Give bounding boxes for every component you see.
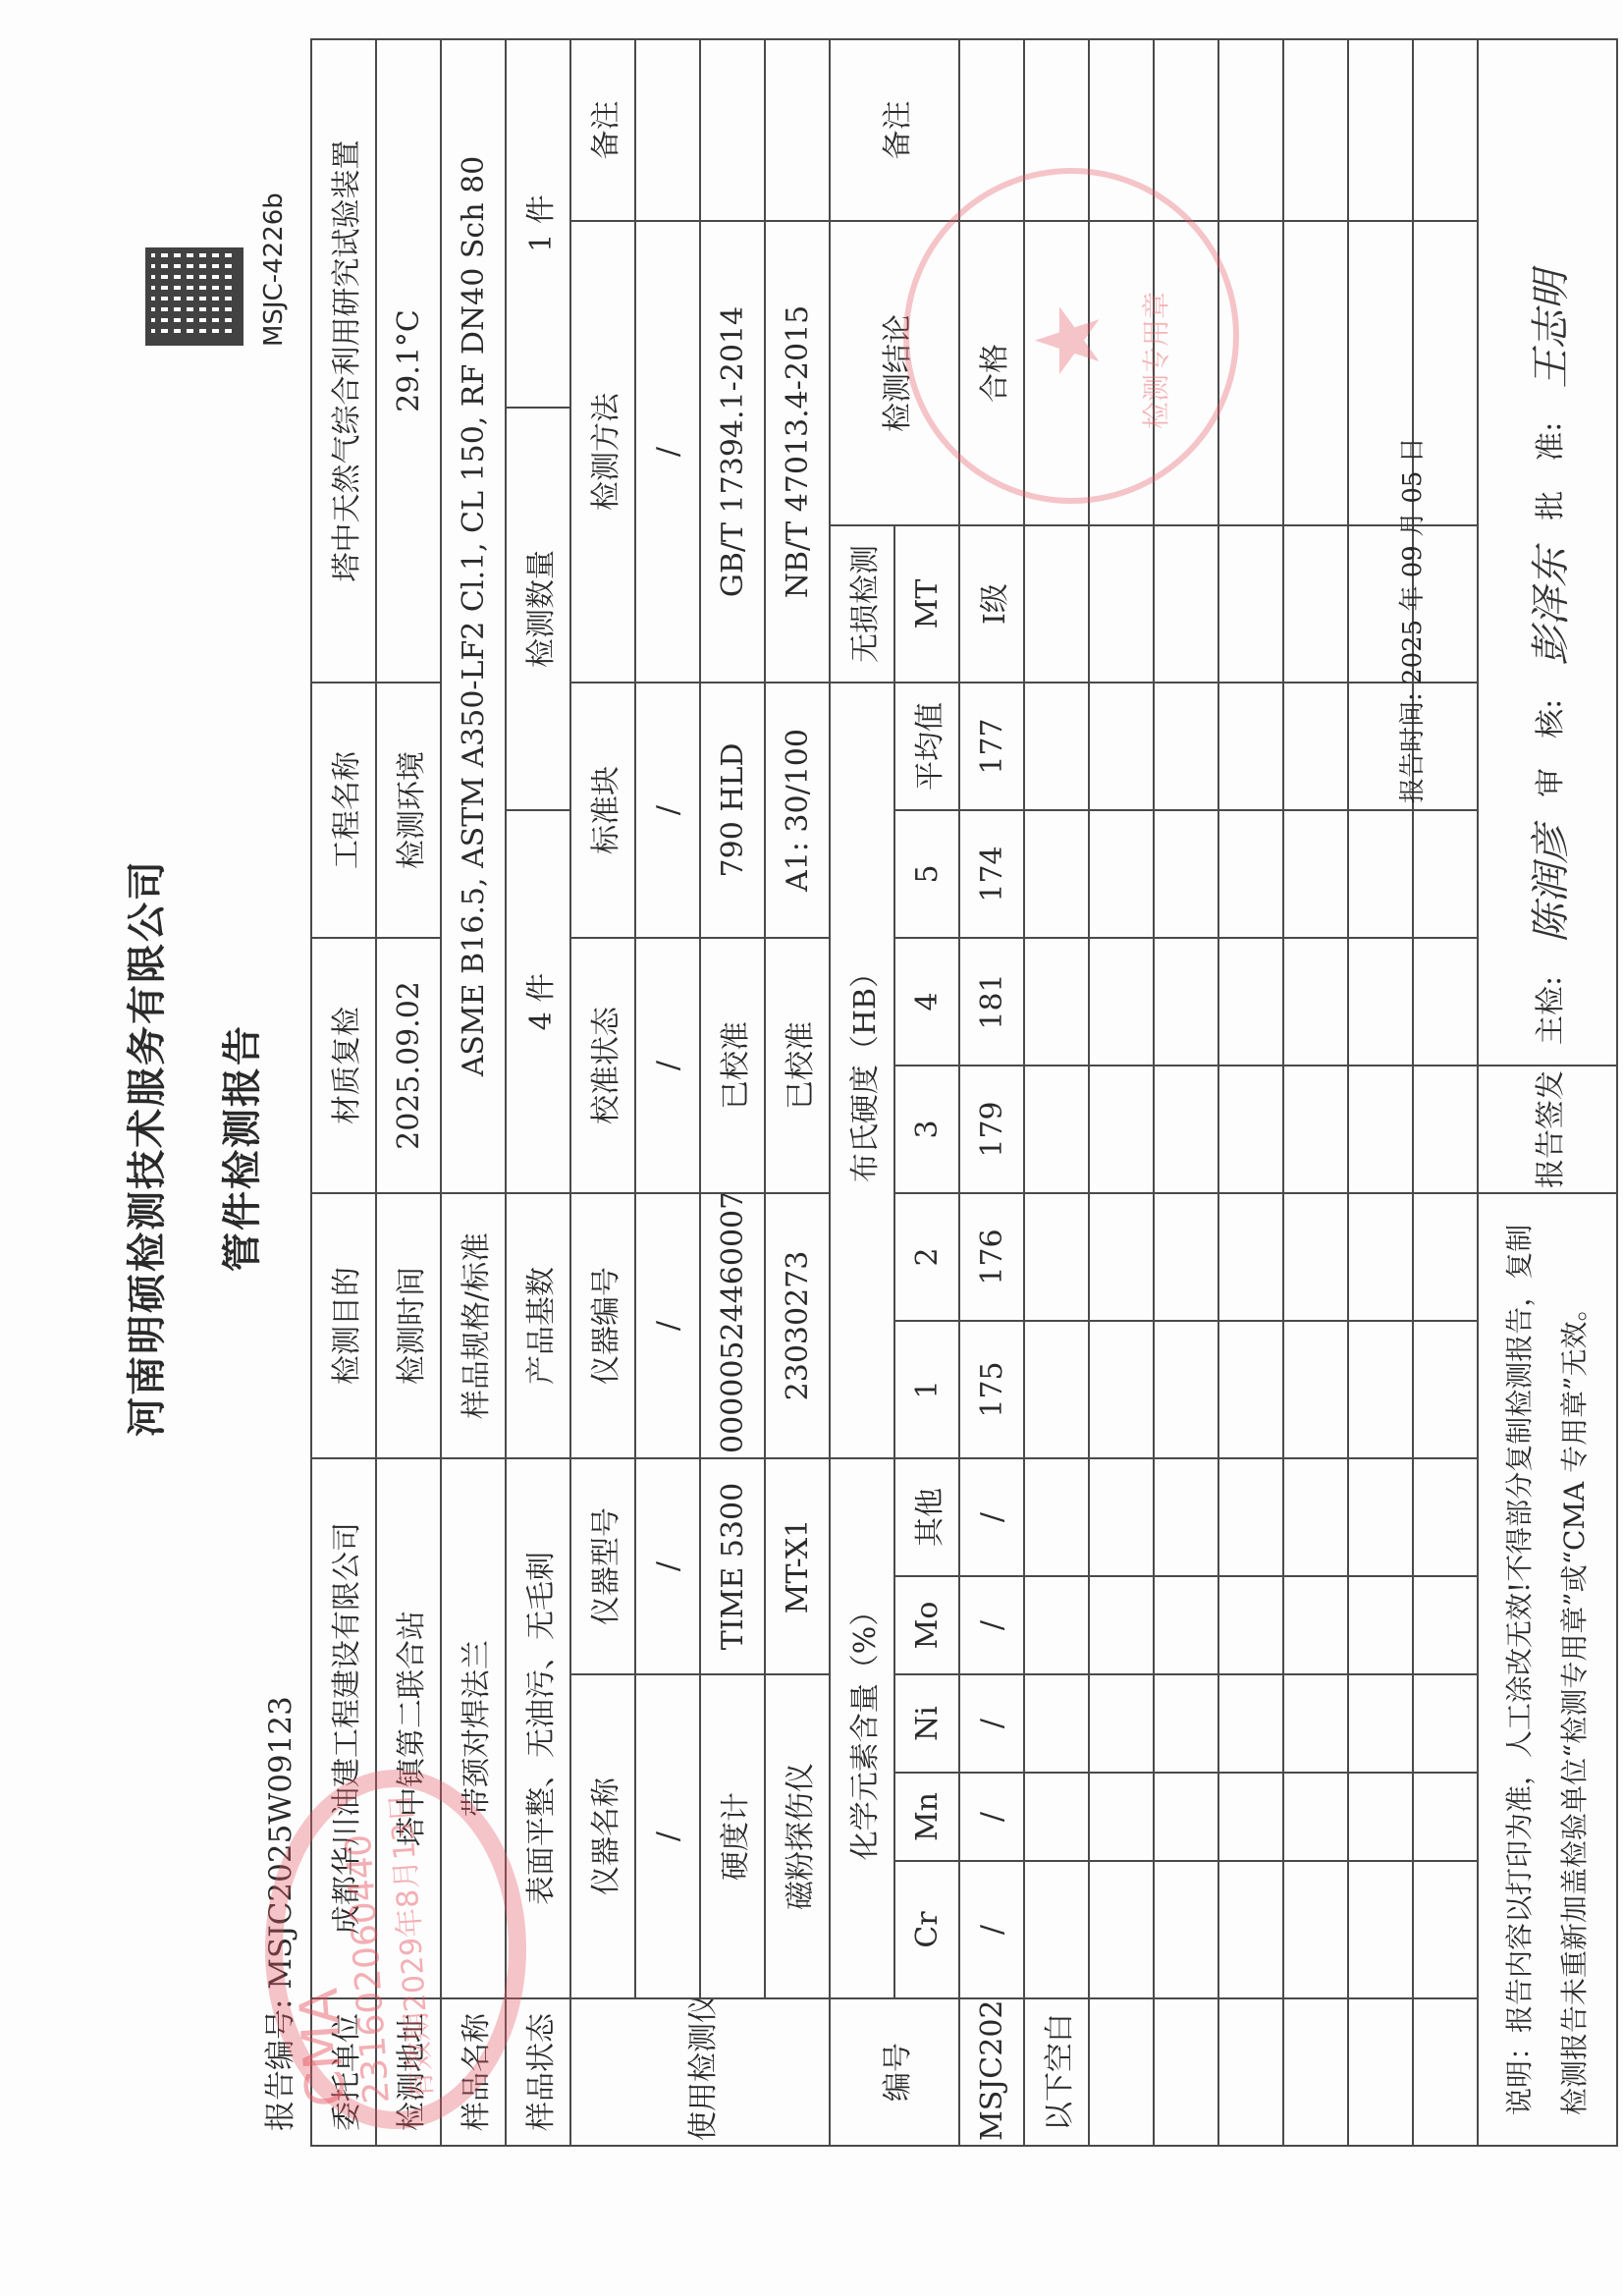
result-rows: MSJC202509123/////175176179181174177I级合格…	[959, 39, 1478, 2146]
hardness-value	[1283, 938, 1348, 1066]
chem-value	[1024, 1861, 1089, 1998]
chem-value	[1413, 1674, 1478, 1773]
hardness-value	[1283, 1066, 1348, 1193]
hardness-value	[1089, 1066, 1154, 1193]
instrument-cell: 已校准	[700, 938, 765, 1193]
hardness-header: 布氏硬度（HB）	[830, 683, 894, 1458]
hardness-value	[1218, 1193, 1283, 1321]
hardness-value	[1089, 1321, 1154, 1458]
chem-value	[1218, 1576, 1283, 1674]
hardness-value	[1283, 1193, 1348, 1321]
element-header: 其他	[894, 1458, 959, 1576]
hardness-value	[1218, 938, 1283, 1066]
instrument-header: 仪器名称	[570, 1674, 635, 1998]
hardness-point-header: 1	[894, 1321, 959, 1458]
instrument-row: 磁粉探伤仪 MT-X1 23030273 已校准 A1: 30/100 NB/T…	[765, 39, 830, 2146]
remark-value	[1024, 39, 1089, 221]
chem-value	[1154, 1674, 1218, 1773]
sample-label: 样品名称	[441, 1998, 506, 2146]
element-header: Ni	[894, 1674, 959, 1773]
sample-id: MSJC202509123	[959, 1998, 1024, 2146]
remark-value	[959, 39, 1024, 221]
chem-value	[1348, 1576, 1413, 1674]
chem-value: /	[959, 1861, 1024, 1998]
instrument-cell: GB/T 17394.1-2014	[700, 221, 765, 683]
instrument-header: 标准块	[570, 683, 635, 938]
instrument-header: 仪器型号	[570, 1458, 635, 1674]
conclusion-value	[1283, 221, 1348, 525]
report-number: 报告编号: MSJC2025W09123	[255, 1696, 299, 2131]
issue-label: 报告签发	[1478, 1066, 1617, 1193]
report-date-value: 2025 年 09 月 05 日	[1398, 437, 1428, 684]
hardness-value	[1348, 938, 1413, 1066]
hardness-value	[1089, 1193, 1154, 1321]
hardness-value: 174	[959, 810, 1024, 938]
instrument-header: 备注	[570, 39, 635, 221]
sample-id	[1218, 1998, 1283, 2146]
conclusion-value	[1154, 221, 1218, 525]
hardness-value	[1413, 1321, 1478, 1458]
hardness-point-header: 4	[894, 938, 959, 1066]
sample-id	[1089, 1998, 1154, 2146]
chem-value	[1024, 1576, 1089, 1674]
hardness-value: 177	[959, 683, 1024, 810]
chem-value: /	[959, 1773, 1024, 1861]
chem-value: /	[959, 1674, 1024, 1773]
info-row-1: 委托单位 成都华川油建工程建设有限公司 检测目的 材质复检 工程名称 塔中天然气…	[311, 39, 376, 2146]
instrument-cell: /	[635, 1674, 700, 1998]
sample-id	[1348, 1998, 1413, 2146]
hardness-value	[1154, 683, 1218, 810]
qty-label: 检测数量	[506, 408, 570, 810]
reviewer-signature: 彭泽东	[1520, 548, 1576, 666]
ndt-header: 无损检测	[830, 525, 894, 683]
chem-value	[1089, 1458, 1154, 1576]
date-label: 检测时间	[376, 1193, 441, 1458]
ndt-result	[1154, 525, 1218, 683]
hardness-value: 175	[959, 1321, 1024, 1458]
instrument-row: 硬度计 TIME 5300 000005244600078 已校准 790 HL…	[700, 39, 765, 2146]
chem-value	[1413, 1773, 1478, 1861]
instrument-cell: /	[635, 1193, 700, 1458]
conclusion-value	[1218, 221, 1283, 525]
report-number-label: 报告编号:	[263, 1999, 298, 2131]
element-header: Mo	[894, 1576, 959, 1674]
state-label: 样品状态	[506, 1998, 570, 2146]
instrument-row: / / / / / /	[635, 39, 700, 2146]
result-row	[1348, 39, 1413, 2146]
chem-value	[1089, 1773, 1154, 1861]
instrument-header: 仪器编号	[570, 1193, 635, 1458]
chem-value	[1154, 1458, 1218, 1576]
hardness-value	[1024, 938, 1089, 1066]
instrument-cell	[765, 39, 830, 221]
result-row	[1283, 39, 1348, 2146]
result-row	[1413, 39, 1478, 2146]
hardness-point-header: 3	[894, 1066, 959, 1193]
chem-value	[1283, 1458, 1348, 1576]
instrument-header-row: 使用检测仪器 仪器名称 仪器型号 仪器编号 校准状态 标准块 检测方法 备注	[570, 39, 635, 2146]
ndt-result	[1024, 525, 1089, 683]
hardness-value: 181	[959, 938, 1024, 1066]
hardness-value	[1154, 1066, 1218, 1193]
hardness-value	[1024, 683, 1089, 810]
remark-value	[1089, 39, 1154, 221]
client-label: 委托单位	[311, 1998, 376, 2146]
chem-value	[1218, 1773, 1283, 1861]
hardness-value	[1024, 810, 1089, 938]
state-value: 表面平整、无油污、无毛刺	[506, 1458, 570, 1998]
hardness-value	[1024, 1193, 1089, 1321]
env-label: 检测环境	[376, 683, 441, 938]
ndt-result	[1283, 525, 1348, 683]
hardness-value: 176	[959, 1193, 1024, 1321]
hardness-value	[1154, 1193, 1218, 1321]
chem-value	[1154, 1773, 1218, 1861]
instrument-cell: 23030273	[765, 1193, 830, 1458]
report-table: 委托单位 成都华川油建工程建设有限公司 检测目的 材质复检 工程名称 塔中天然气…	[310, 38, 1618, 2147]
ndt-result: I级	[959, 525, 1024, 683]
chem-value	[1413, 1458, 1478, 1576]
chem-value	[1024, 1458, 1089, 1576]
approver-label: 批 准:	[1526, 422, 1569, 520]
conclusion-value	[1089, 221, 1154, 525]
site-value: 塔中镇第二联合站	[376, 1458, 441, 1998]
hardness-value	[1218, 1321, 1283, 1458]
site-label: 检测地址	[376, 1998, 441, 2146]
instrument-cell: 磁粉探伤仪	[765, 1674, 830, 1998]
chem-value	[1218, 1674, 1283, 1773]
client-value: 成都华川油建工程建设有限公司	[311, 1458, 376, 1998]
hardness-value	[1024, 1066, 1089, 1193]
signature-cell: 主检: 陈润彦 审 核: 彭泽东 批 准: 王志明	[1478, 39, 1617, 1066]
chem-value	[1154, 1861, 1218, 1998]
results-header-row-1: 编号 化学元素含量（%） 布氏硬度（HB） 无损检测 检测结论 备注	[830, 39, 894, 2146]
conclusion-value	[1024, 221, 1089, 525]
chem-value	[1348, 1674, 1413, 1773]
instruments-label: 使用检测仪器	[570, 1998, 830, 2146]
approver-signature: 王志明	[1520, 271, 1576, 389]
inspector-signature: 陈润彦	[1520, 825, 1576, 943]
inspector-label: 主检:	[1526, 976, 1569, 1045]
hardness-value	[1154, 938, 1218, 1066]
remark-value	[1154, 39, 1218, 221]
remark-value	[1348, 39, 1413, 221]
chem-value	[1024, 1773, 1089, 1861]
report-date-label: 报告时间:	[1398, 692, 1428, 803]
hardness-value	[1413, 1193, 1478, 1321]
result-row	[1089, 39, 1154, 2146]
instrument-cell	[635, 39, 700, 221]
hardness-value	[1348, 1066, 1413, 1193]
hardness-value	[1413, 810, 1478, 938]
hardness-value	[1283, 1321, 1348, 1458]
chem-value	[1218, 1458, 1283, 1576]
report-number-value: MSJC2025W09123	[263, 1696, 298, 1990]
hardness-value	[1089, 683, 1154, 810]
sample-id	[1154, 1998, 1218, 2146]
hardness-value	[1218, 1066, 1283, 1193]
remark-header: 备注	[830, 39, 959, 221]
project-label: 工程名称	[311, 683, 376, 938]
chem-value	[1283, 1773, 1348, 1861]
conclusion-value: 合格	[959, 221, 1024, 525]
instrument-cell: 000005244600078	[700, 1193, 765, 1458]
chem-value	[1283, 1576, 1348, 1674]
hardness-value	[1348, 1193, 1413, 1321]
remark-value	[1283, 39, 1348, 221]
ndt-result	[1218, 525, 1283, 683]
element-header: Cr	[894, 1861, 959, 1998]
hardness-value	[1283, 683, 1348, 810]
info-row-3: 样品名称 带颈对焊法兰 样品规格/标准 ASME B16.5, ASTM A35…	[441, 39, 506, 2146]
hardness-value	[1348, 810, 1413, 938]
instrument-cell	[700, 39, 765, 221]
hardness-value	[1283, 810, 1348, 938]
footer-row: 说明：报告内容以打印为准，人工涂改无效!不得部分复制检测报告，复制检测报告未重新…	[1478, 39, 1617, 2146]
chem-value: /	[959, 1576, 1024, 1674]
hardness-value: 179	[959, 1066, 1024, 1193]
info-row-2: 检测地址 塔中镇第二联合站 检测时间 2025.09.02 检测环境 29.1°…	[376, 39, 441, 2146]
spec-label: 样品规格/标准	[441, 1193, 506, 1458]
chem-value	[1089, 1576, 1154, 1674]
instrument-cell: /	[635, 683, 700, 938]
instrument-cell: 硬度计	[700, 1674, 765, 1998]
chem-value	[1024, 1674, 1089, 1773]
instrument-cell: 已校准	[765, 938, 830, 1193]
hardness-value	[1218, 810, 1283, 938]
spec-value: ASME B16.5, ASTM A350-LF2 Cl.1, CL 150, …	[441, 39, 506, 1193]
sample-id	[1413, 1998, 1478, 2146]
date-value: 2025.09.02	[376, 938, 441, 1193]
hardness-value	[1089, 938, 1154, 1066]
chem-value: /	[959, 1458, 1024, 1576]
chem-value	[1089, 1861, 1154, 1998]
sample-id: 以下空白	[1024, 1998, 1089, 2146]
instrument-cell: /	[635, 1458, 700, 1674]
conclusion-header: 检测结论	[830, 221, 959, 525]
instrument-cell: /	[635, 938, 700, 1193]
hardness-value	[1024, 1321, 1089, 1458]
hardness-value	[1413, 1066, 1478, 1193]
hardness-value	[1413, 938, 1478, 1066]
instrument-cell: A1: 30/100	[765, 683, 830, 938]
hardness-value	[1154, 810, 1218, 938]
chem-value	[1348, 1861, 1413, 1998]
element-header: Mn	[894, 1773, 959, 1861]
company-name: 河南明硕检测技术服务有限公司	[116, 0, 172, 2296]
result-row: MSJC202509123/////175176179181174177I级合格	[959, 39, 1024, 2146]
reviewer-label: 审 核:	[1526, 699, 1569, 797]
ndt-method: MT	[894, 525, 959, 683]
instrument-header: 检测方法	[570, 221, 635, 683]
qty-value: 1 件	[506, 39, 570, 408]
hardness-value	[1089, 810, 1154, 938]
chem-value	[1413, 1861, 1478, 1998]
base-label: 产品基数	[506, 1193, 570, 1458]
chem-header: 化学元素含量（%）	[830, 1458, 894, 1998]
sample-id	[1283, 1998, 1348, 2146]
result-row: 以下空白	[1024, 39, 1089, 2146]
id-header: 编号	[830, 1998, 959, 2146]
sample-value: 带颈对焊法兰	[441, 1458, 506, 1998]
chem-value	[1348, 1458, 1413, 1576]
instrument-cell: TIME 5300	[700, 1458, 765, 1674]
env-value: 29.1°C	[376, 39, 441, 683]
report-date: 报告时间: 2025 年 09 月 05 日	[1392, 437, 1429, 803]
hardness-point-header: 5	[894, 810, 959, 938]
project-value: 塔中天然气综合利用研究试验装置	[311, 39, 376, 683]
purpose-value: 材质复检	[311, 938, 376, 1193]
chem-value	[1283, 1861, 1348, 1998]
purpose-label: 检测目的	[311, 1193, 376, 1458]
instrument-cell: MT-X1	[765, 1458, 830, 1674]
hardness-value	[1218, 683, 1283, 810]
hardness-value	[1348, 1321, 1413, 1458]
chem-value	[1089, 1674, 1154, 1773]
chem-value	[1218, 1861, 1283, 1998]
hardness-avg-header: 平均值	[894, 683, 959, 810]
remark-value	[1218, 39, 1283, 221]
info-row-4: 样品状态 表面平整、无油污、无毛刺 产品基数 4 件 检测数量 1 件	[506, 39, 570, 2146]
chem-value	[1413, 1576, 1478, 1674]
rotated-report-page: MSJC-4226b 河南明硕检测技术服务有限公司 管件检测报告 报告编号: M…	[0, 0, 1623, 2296]
instrument-cell: 790 HLD	[700, 683, 765, 938]
chem-value	[1348, 1773, 1413, 1861]
chem-value	[1154, 1576, 1218, 1674]
chem-value	[1283, 1674, 1348, 1773]
base-value: 4 件	[506, 810, 570, 1193]
instrument-header: 校准状态	[570, 938, 635, 1193]
instrument-cell: NB/T 47013.4-2015	[765, 221, 830, 683]
footer-note: 说明：报告内容以打印为准，人工涂改无效!不得部分复制检测报告，复制检测报告未重新…	[1478, 1193, 1617, 2146]
hardness-point-header: 2	[894, 1193, 959, 1321]
result-row	[1154, 39, 1218, 2146]
hardness-value	[1154, 1321, 1218, 1458]
result-row	[1218, 39, 1283, 2146]
ndt-result	[1089, 525, 1154, 683]
remark-value	[1413, 39, 1478, 221]
instrument-cell: /	[635, 221, 700, 683]
